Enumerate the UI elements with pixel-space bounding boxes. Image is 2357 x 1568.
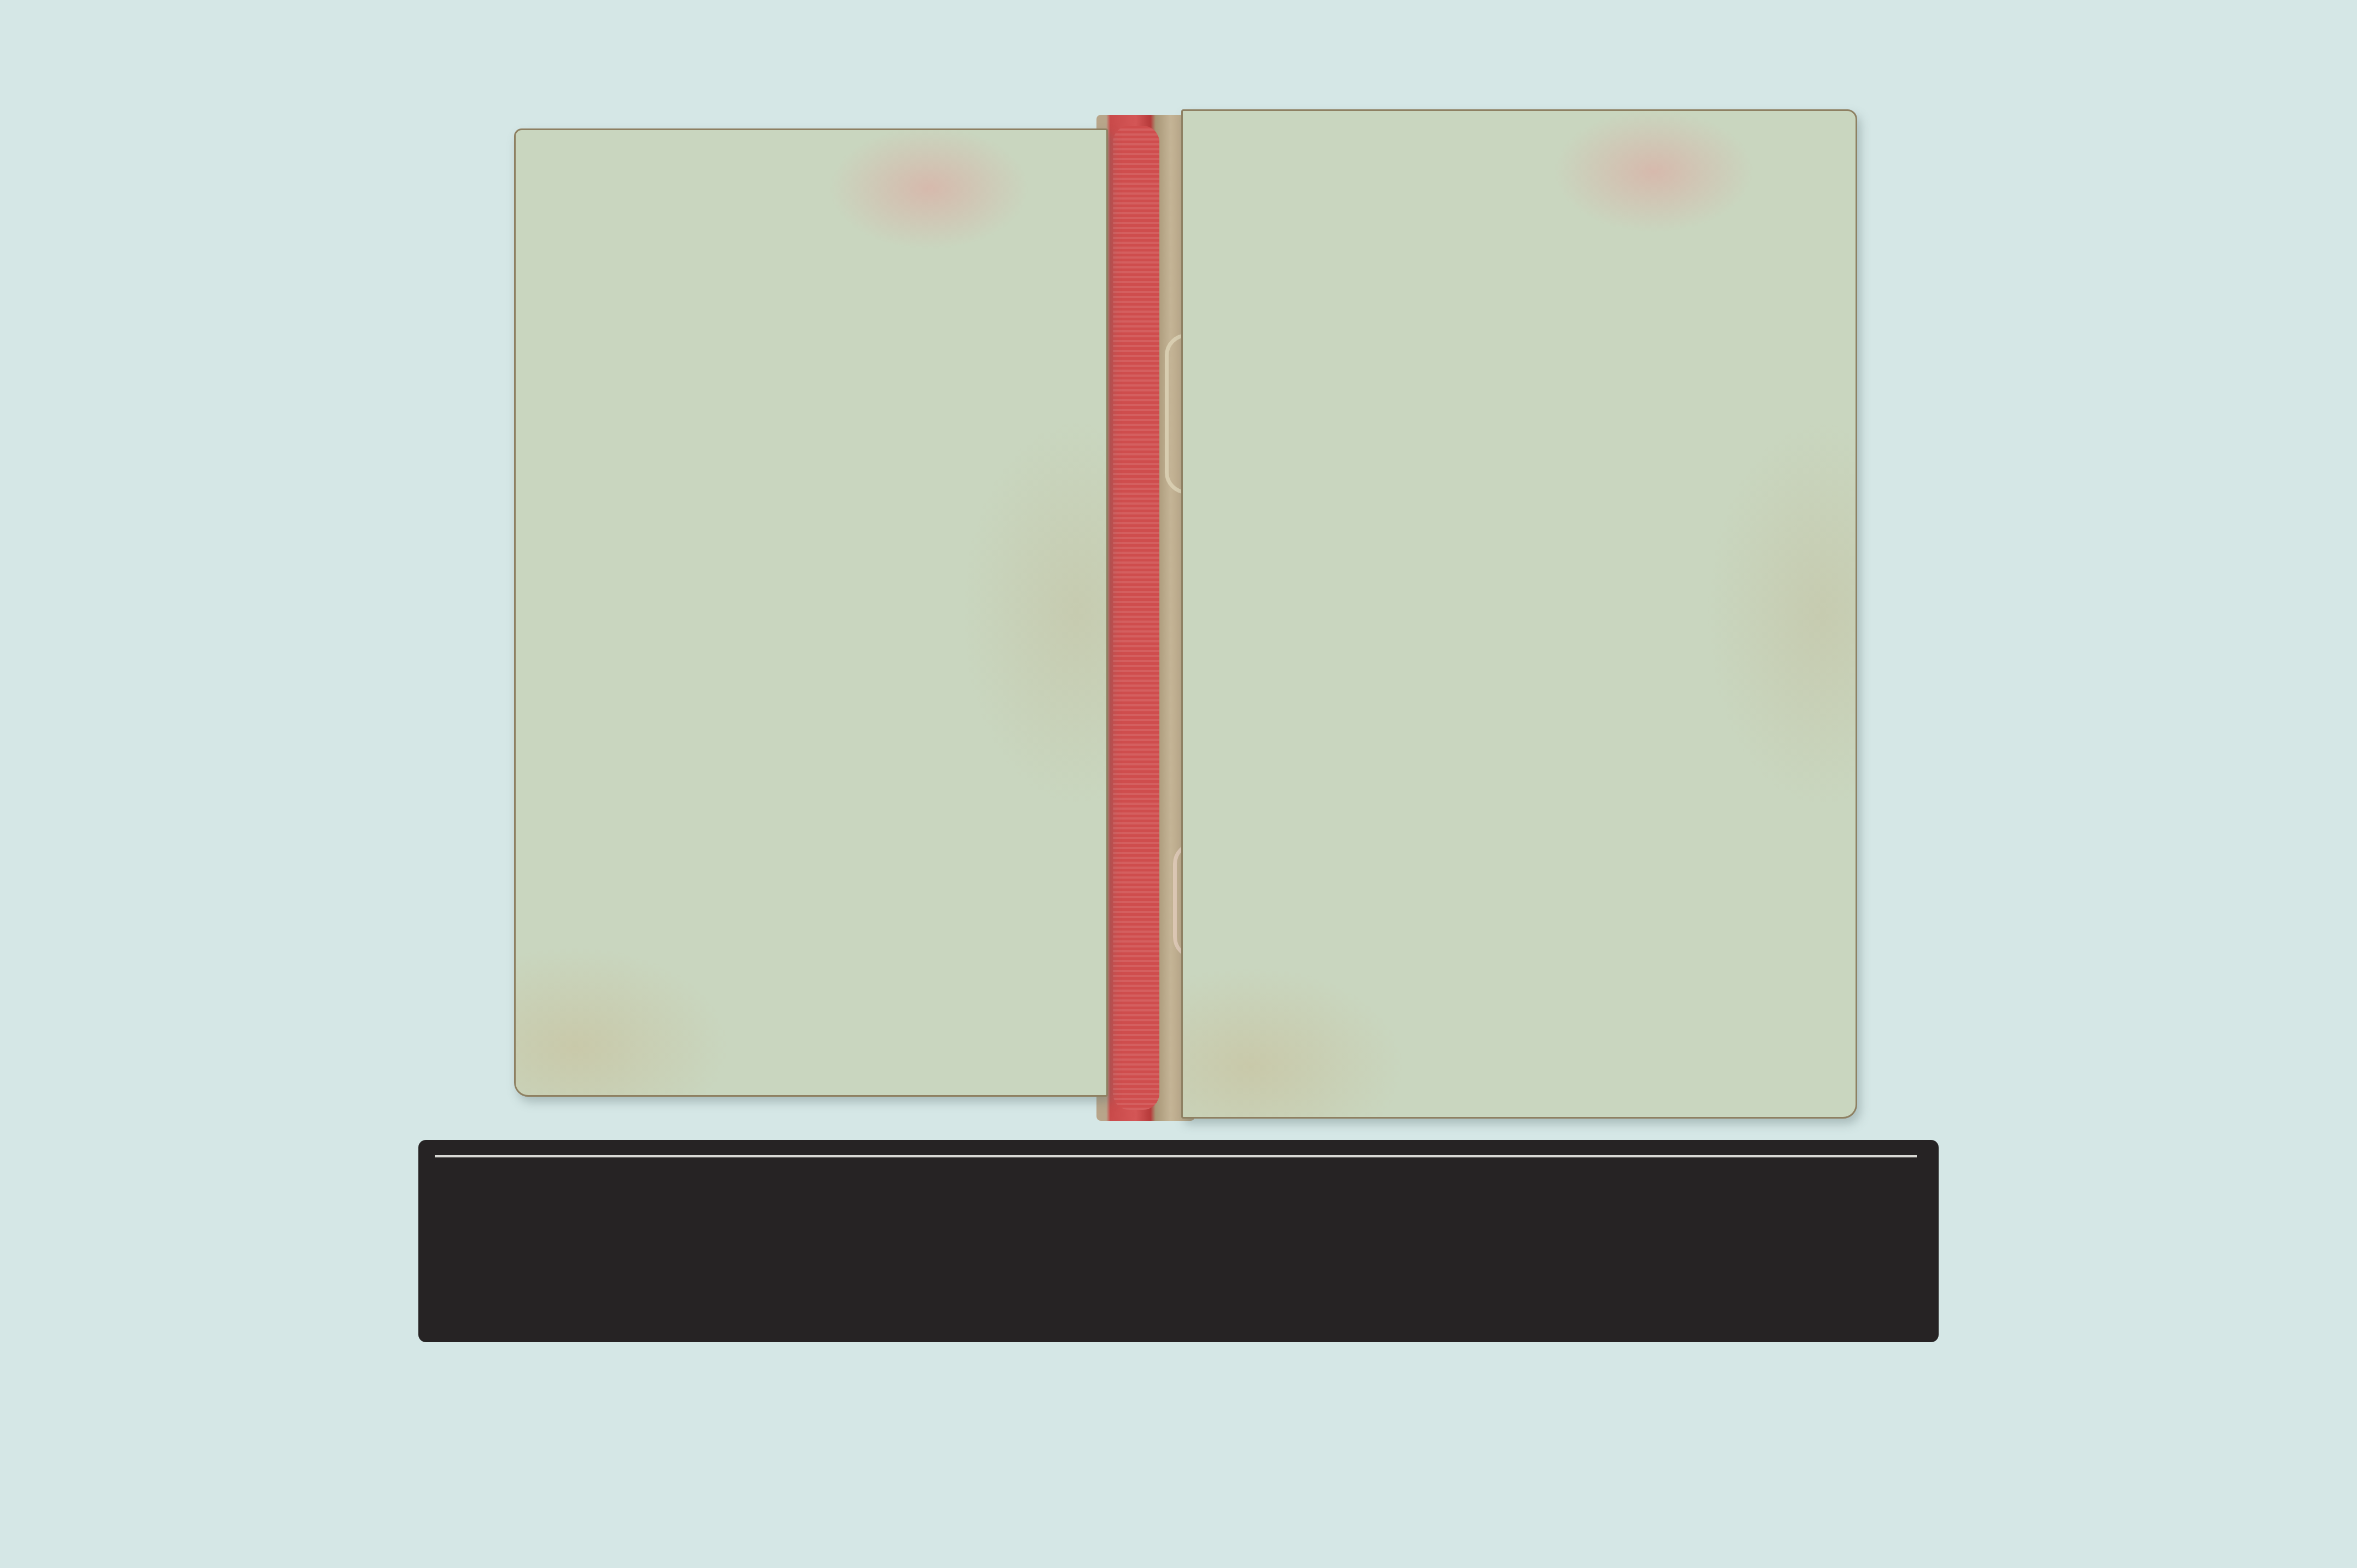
ruler-ticks — [435, 1155, 1917, 1239]
gray-scale-strip — [435, 1285, 1917, 1315]
right-page — [1181, 109, 1857, 1119]
scale-ruler — [418, 1140, 1939, 1342]
red-cloth-binding — [1113, 126, 1159, 1110]
left-page — [514, 128, 1108, 1097]
open-notebook — [509, 104, 1865, 1121]
